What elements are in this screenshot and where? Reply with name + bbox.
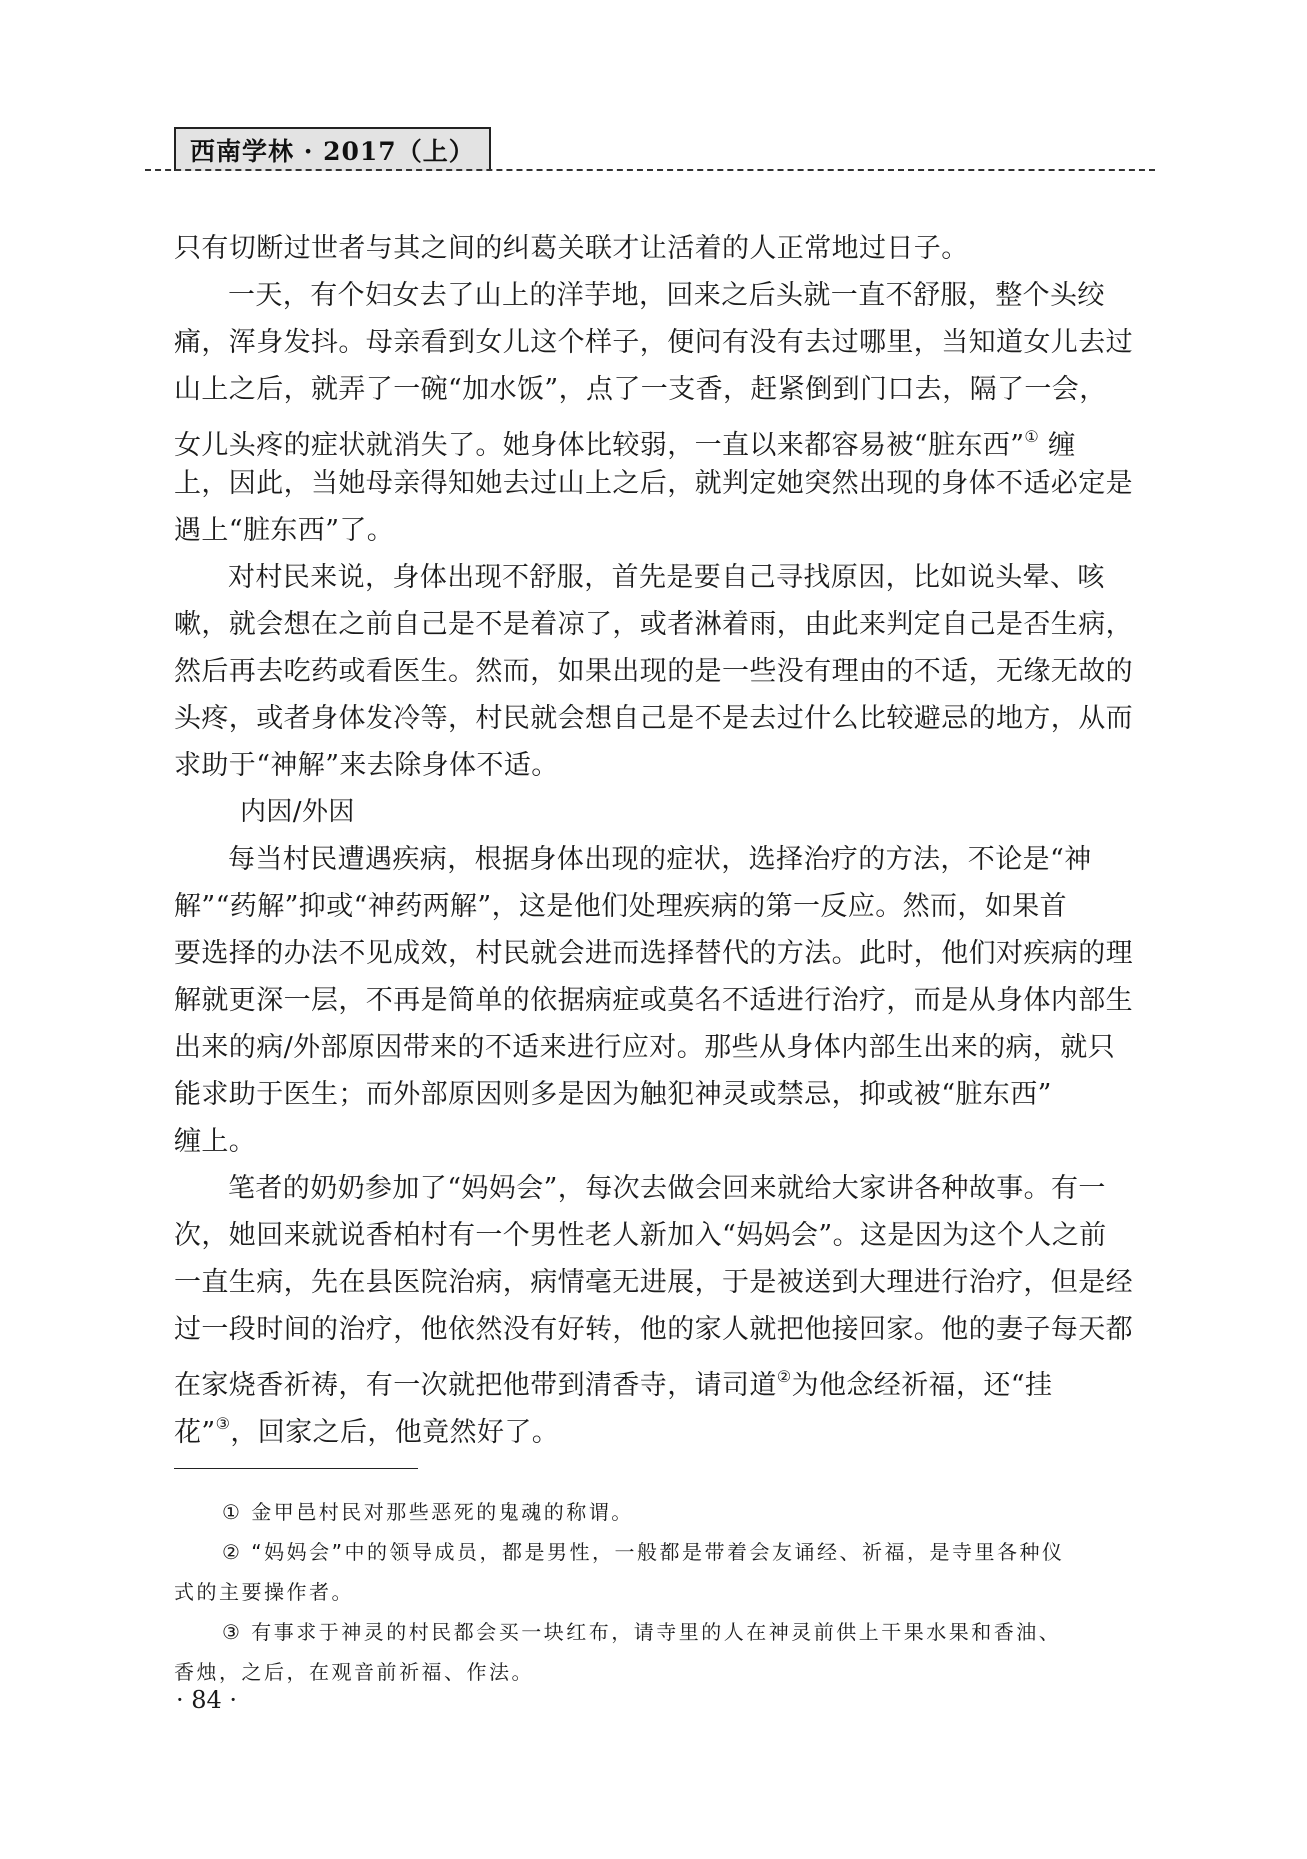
paragraph-line: 痛，浑身发抖。母亲看到女儿这个样子，便问有没有去过哪里，当知道女儿去过 <box>174 319 1154 366</box>
paragraph-line: 对村民来说，身体出现不舒服，首先是要自己寻找原因，比如说头晕、咳 <box>174 554 1154 601</box>
paragraph-line: 出来的病/外部原因带来的不适来进行应对。那些从身体内部生出来的病，就只 <box>174 1024 1154 1071</box>
footnote-separator <box>174 1468 418 1469</box>
paragraph-line: 只有切断过世者与其之间的纠葛关联才让活着的人正常地过日子。 <box>174 225 1154 272</box>
footnote-ref-1[interactable]: ① <box>1024 427 1039 446</box>
paragraph-line: 头疼，或者身体发冷等，村民就会想自己是不是去过什么比较避忌的地方，从而 <box>174 695 1154 742</box>
paragraph-line: 山上之后，就弄了一碗“加水饭”，点了一支香，赶紧倒到门口去，隔了一会， <box>174 366 1154 413</box>
footnote-line: ② “妈妈会”中的领导成员，都是男性，一般都是带着会友诵经、祈福，是寺里各种仪 <box>174 1532 1154 1572</box>
paragraph-line: 要选择的办法不见成效，村民就会进而选择替代的方法。此时，他们对疾病的理 <box>174 930 1154 977</box>
paragraph-line: 解就更深一层，不再是简单的依据病症或莫名不适进行治疗，而是从身体内部生 <box>174 977 1154 1024</box>
paragraph-line: 每当村民遭遇疾病，根据身体出现的症状，选择治疗的方法，不论是“神 <box>174 836 1154 883</box>
paragraph-line: 一直生病，先在县医院治病，病情毫无进展，于是被送到大理进行治疗，但是经 <box>174 1259 1154 1306</box>
section-subheading: 内因/外因 <box>174 789 1154 836</box>
footnote-line: ① 金甲邑村民对那些恶死的鬼魂的称谓。 <box>174 1492 1154 1532</box>
page-number: · 84 · <box>176 1686 237 1714</box>
paragraph-line: 求助于“神解”来去除身体不适。 <box>174 742 1154 789</box>
paragraph-line: 女儿头疼的症状就消失了。她身体比较弱，一直以来都容易被“脏东西”① 缠 <box>174 413 1154 460</box>
journal-header: 西南学林 · 2017（上） <box>174 127 491 171</box>
footnote-line: ③ 有事求于神灵的村民都会买一块红布，请寺里的人在神灵前供上干果水果和香油、 <box>174 1612 1154 1652</box>
paragraph-line: 过一段时间的治疗，他依然没有好转，他的家人就把他接回家。他的妻子每天都 <box>174 1306 1154 1353</box>
paragraph-line: 在家烧香祈祷，有一次就把他带到清香寺，请司道②为他念经祈福，还“挂 <box>174 1353 1154 1400</box>
paragraph-line: 能求助于医生；而外部原因则多是因为触犯神灵或禁忌，抑或被“脏东西” <box>174 1071 1154 1118</box>
paragraph-line: 嗽，就会想在之前自己是不是着凉了，或者淋着雨，由此来判定自己是否生病， <box>174 601 1154 648</box>
footnote-ref-3[interactable]: ③ <box>216 1414 231 1433</box>
footnote-line: 香烛，之后，在观音前祈福、作法。 <box>174 1652 1154 1692</box>
paragraph-line: 缠上。 <box>174 1118 1154 1165</box>
journal-title: 西南学林 · 2017（上） <box>190 132 475 168</box>
paragraph-line: 一天，有个妇女去了山上的洋芋地，回来之后头就一直不舒服，整个头绞 <box>174 272 1154 319</box>
footnote-ref-2[interactable]: ② <box>777 1367 792 1386</box>
paragraph-line: 遇上“脏东西”了。 <box>174 507 1154 554</box>
paragraph-line: 次，她回来就说香柏村有一个男性老人新加入“妈妈会”。这是因为这个人之前 <box>174 1212 1154 1259</box>
footnotes: ① 金甲邑村民对那些恶死的鬼魂的称谓。 ② “妈妈会”中的领导成员，都是男性，一… <box>174 1492 1154 1692</box>
paragraph-line: 然后再去吃药或看医生。然而，如果出现的是一些没有理由的不适，无缘无故的 <box>174 648 1154 695</box>
paragraph-line: 笔者的奶奶参加了“妈妈会”，每次去做会回来就给大家讲各种故事。有一 <box>174 1165 1154 1212</box>
header-dashed-rule <box>145 169 1155 171</box>
paragraph-line: 解”“药解”抑或“神药两解”，这是他们处理疾病的第一反应。然而，如果首 <box>174 883 1154 930</box>
paragraph-line: 上，因此，当她母亲得知她去过山上之后，就判定她突然出现的身体不适必定是 <box>174 460 1154 507</box>
paragraph-line: 花”③，回家之后，他竟然好了。 <box>174 1400 1154 1447</box>
body-text: 只有切断过世者与其之间的纠葛关联才让活着的人正常地过日子。 一天，有个妇女去了山… <box>174 225 1154 1447</box>
footnote-line: 式的主要操作者。 <box>174 1572 1154 1612</box>
